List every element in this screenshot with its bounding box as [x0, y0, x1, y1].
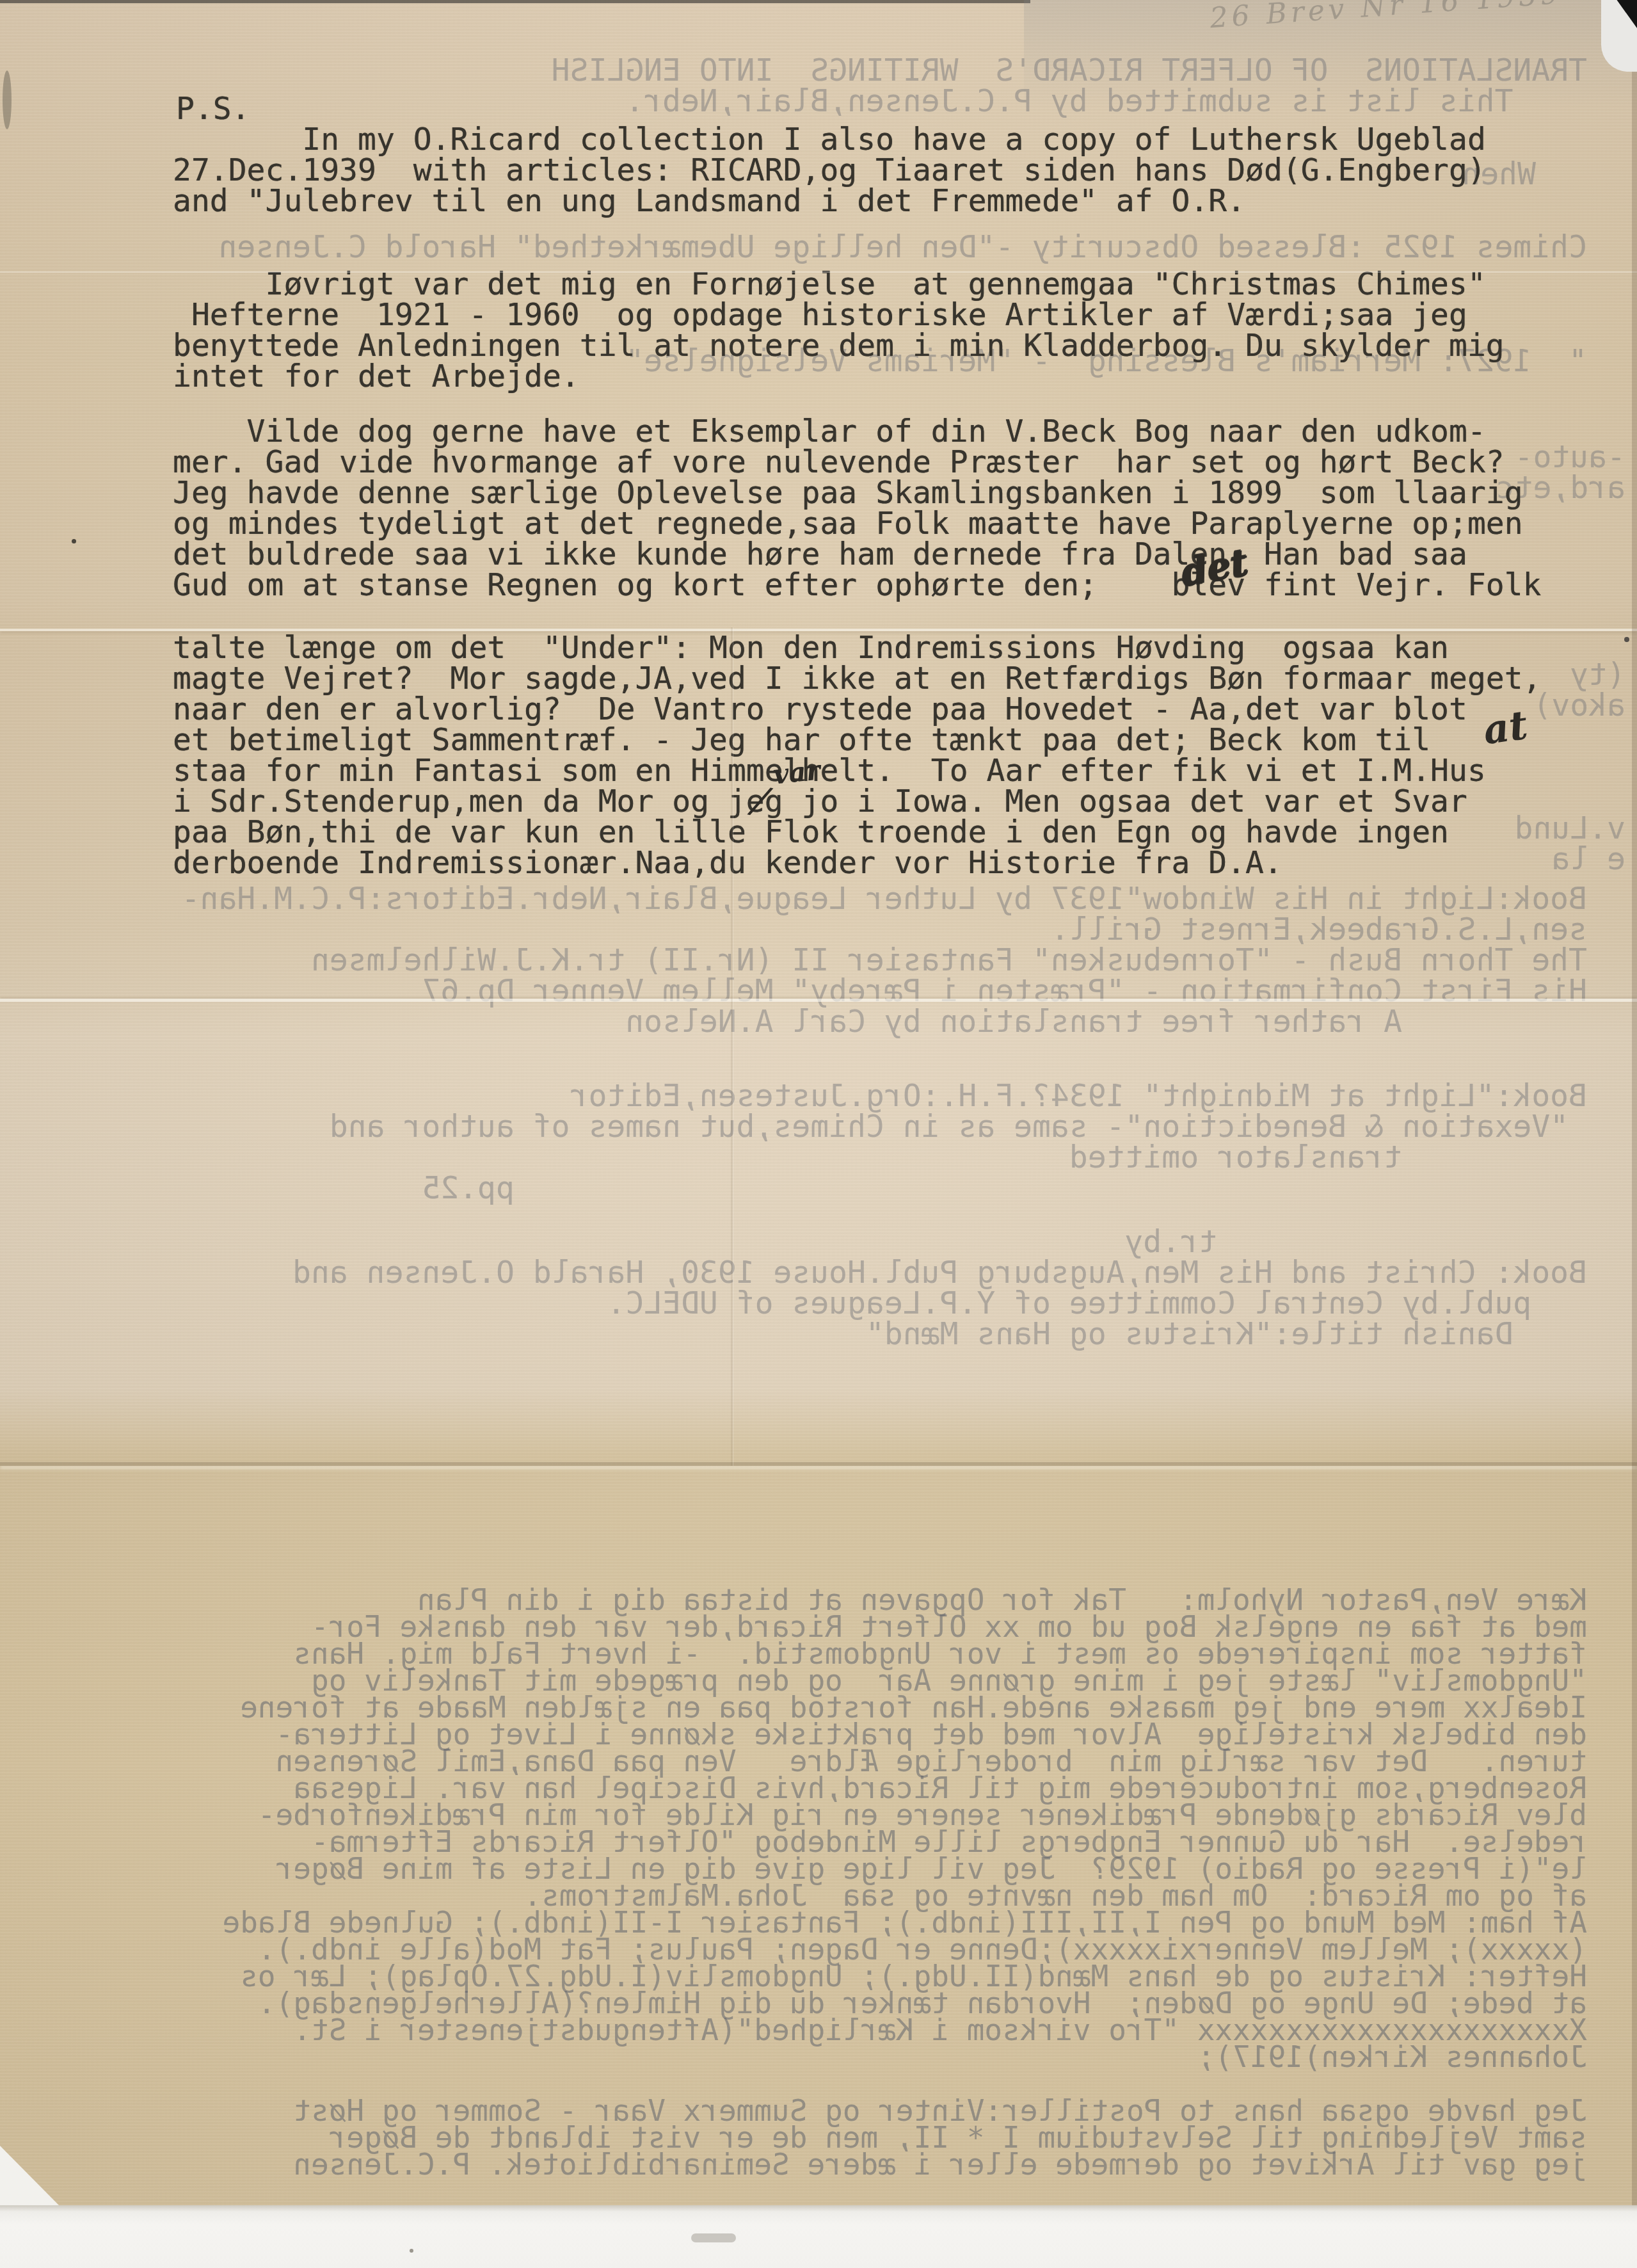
- ps-label: P.S.: [176, 93, 250, 124]
- bleedthrough-book-list-1: Book:Light in His Window"1937 by Luther …: [96, 883, 1587, 1037]
- vertical-crease: [731, 627, 733, 1466]
- scanner-smudge: [691, 2233, 736, 2242]
- bleedthrough-book-list-2: Book:"Light at Midnight" 1934?.F.H.:Org.…: [96, 1081, 1587, 1203]
- paper-speck: [3, 70, 12, 129]
- paragraph-beck-story-a: Vilde dog gerne have et Eksemplar of din…: [173, 416, 1541, 600]
- handwritten-var-insertion: var: [772, 754, 822, 790]
- paper-speck: [1624, 637, 1629, 642]
- scan-top-edge: [0, 0, 1030, 3]
- fold-crease: [0, 271, 1637, 273]
- paragraph-beck-story-b: talte længe om det "Under": Mon den Indr…: [173, 632, 1541, 878]
- paper-speck: [72, 539, 76, 543]
- scan-top-shadow: [1024, 0, 1637, 109]
- scanned-letter-page: TRANSLATIONS OF OLFERT RICARD'S WRITINGS…: [0, 0, 1637, 2268]
- paper-sheet: TRANSLATIONS OF OLFERT RICARD'S WRITINGS…: [0, 0, 1637, 2205]
- scanner-speck: [410, 2249, 413, 2253]
- scanner-background: [0, 2205, 1637, 2268]
- paragraph-ricard-collection: In my O.Ricard collection I also have a …: [173, 124, 1486, 216]
- bleedthrough-line-1925: Chimes 1925 :Blessed Obscurity -"Den hel…: [96, 232, 1587, 262]
- fold-crease: [0, 999, 1637, 1002]
- bleedthrough-letter-page1: Kære Ven,Pastor Nyholm: Tak for Opgaven …: [83, 1586, 1587, 2178]
- paragraph-christmas-chimes: Iøvrigt var det mig en Fornøjelse at gen…: [173, 269, 1505, 392]
- fold-crease: [0, 629, 1637, 631]
- fold-crease-major: [0, 1462, 1637, 1466]
- handwritten-at-addition: at: [1480, 702, 1530, 754]
- scan-right-edge: [1632, 0, 1637, 2205]
- bleedthrough-book-list-3: tr.by Book: Christ and His Men,Augsburg …: [96, 1226, 1587, 1349]
